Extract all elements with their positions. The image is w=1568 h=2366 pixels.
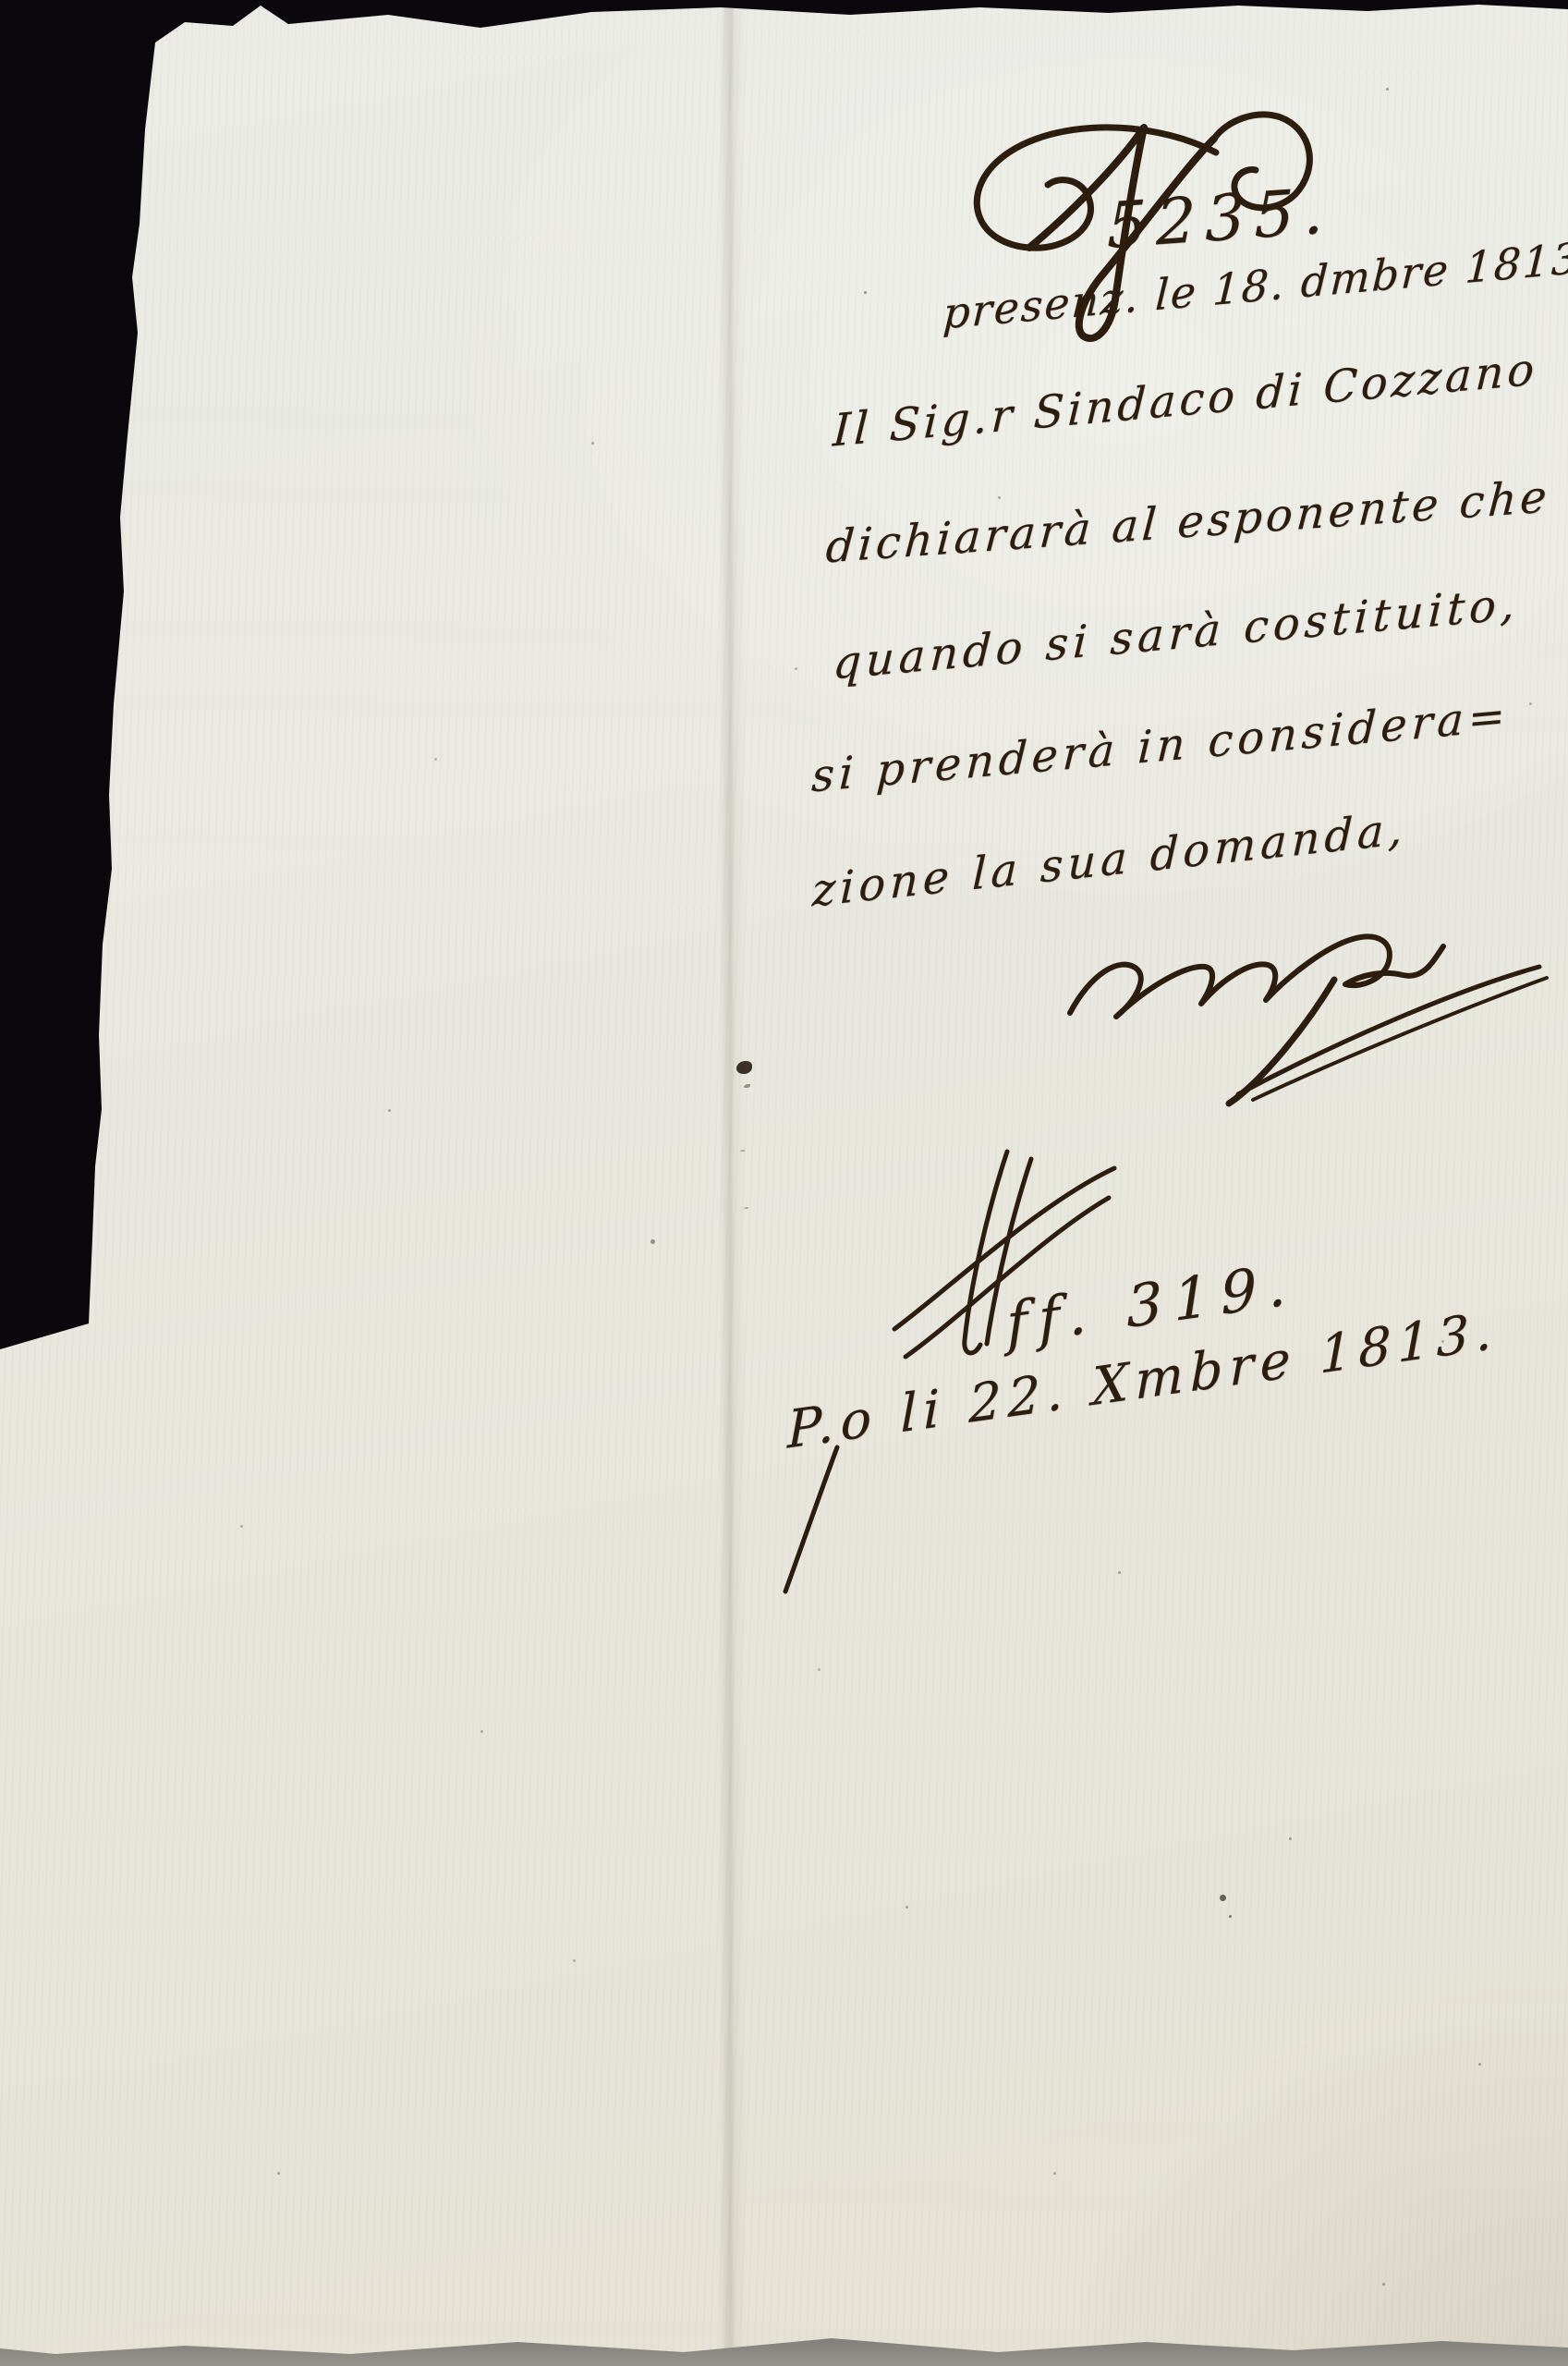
paper-sheet: 5235. presenz. le 18. dmbre 1813. Il Sig… xyxy=(0,0,1568,2366)
document-photo: 5235. presenz. le 18. dmbre 1813. Il Sig… xyxy=(0,0,1568,2366)
fold-crease xyxy=(719,0,747,2366)
body-line: si prenderà in considera= xyxy=(810,689,1511,803)
ink-blot xyxy=(736,1061,752,1074)
signature-flourish xyxy=(1055,889,1568,1111)
body-line: quando si sarà costituito, xyxy=(832,578,1521,689)
paper-specks xyxy=(0,0,3,3)
body-line: Il Sig.r Sindaco di Cozzano xyxy=(832,343,1539,457)
initial-descender-flourish xyxy=(778,1442,852,1599)
body-line: dichiararà al esponente che xyxy=(824,470,1552,573)
